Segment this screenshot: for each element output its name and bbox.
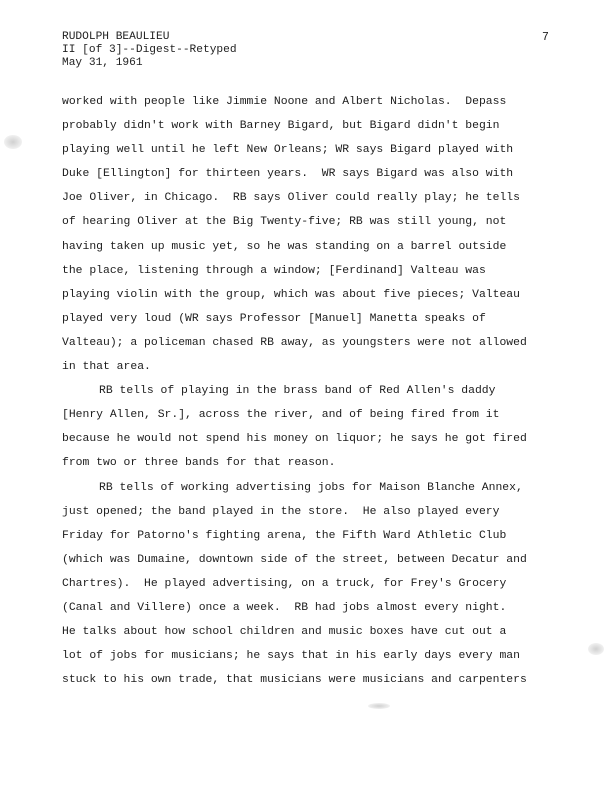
interview-date: May 31, 1961 [62,57,237,70]
text-line: RB tells of playing in the brass band of… [62,379,602,403]
interviewee-name: RUDOLPH BEAULIEU [62,31,237,44]
document-body: worked with people like Jimmie Noone and… [62,90,602,692]
text-line: having taken up music yet, so he was sta… [62,235,602,259]
text-line: Chartres). He played advertising, on a t… [62,572,602,596]
text-line: in that area. [62,355,602,379]
document-page: RUDOLPH BEAULIEU II [of 3]--Digest--Rety… [0,0,612,792]
text-line: playing well until he left New Orleans; … [62,138,602,162]
text-line: Duke [Ellington] for thirteen years. WR … [62,162,602,186]
page-number: 7 [542,31,549,44]
text-line: He talks about how school children and m… [62,620,602,644]
scan-smudge [368,703,390,709]
text-line: lot of jobs for musicians; he says that … [62,644,602,668]
document-subtitle: II [of 3]--Digest--Retyped [62,44,237,57]
text-line: just opened; the band played in the stor… [62,500,602,524]
text-line: probably didn't work with Barney Bigard,… [62,114,602,138]
text-line: Friday for Patorno's fighting arena, the… [62,524,602,548]
text-line: played very loud (WR says Professor [Man… [62,307,602,331]
text-line: Joe Oliver, in Chicago. RB says Oliver c… [62,186,602,210]
text-line: from two or three bands for that reason. [62,451,602,475]
text-line: the place, listening through a window; [… [62,259,602,283]
scan-smudge [4,135,22,149]
text-line: of hearing Oliver at the Big Twenty-five… [62,210,602,234]
text-line: (Canal and Villere) once a week. RB had … [62,596,602,620]
text-line: stuck to his own trade, that musicians w… [62,668,602,692]
text-line: playing violin with the group, which was… [62,283,602,307]
text-line: [Henry Allen, Sr.], across the river, an… [62,403,602,427]
text-line: because he would not spend his money on … [62,427,602,451]
document-header: RUDOLPH BEAULIEU II [of 3]--Digest--Rety… [62,31,237,70]
text-line: (which was Dumaine, downtown side of the… [62,548,602,572]
text-line: Valteau); a policeman chased RB away, as… [62,331,602,355]
text-line: worked with people like Jimmie Noone and… [62,90,602,114]
text-line: RB tells of working advertising jobs for… [62,476,602,500]
scan-smudge [588,643,604,655]
